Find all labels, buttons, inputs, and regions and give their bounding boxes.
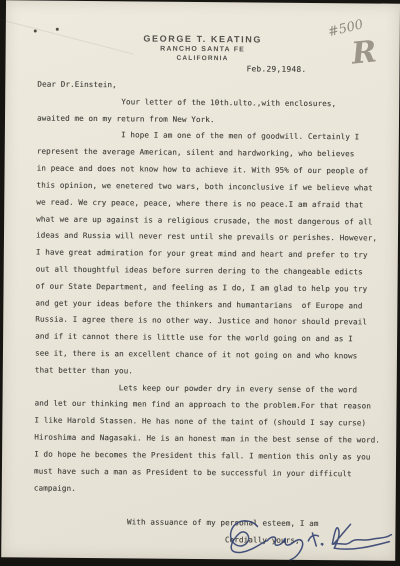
letter-line: must have such a man as President to be … — [34, 463, 394, 483]
date-line: Feb.29,1948. — [246, 64, 306, 74]
letterhead-state: CALIFORNIA — [6, 53, 400, 63]
pencil-letter-annotation: R — [350, 34, 378, 71]
ink-dot — [56, 28, 59, 31]
scanned-letter: GEORGE T. KEATING RANCHO SANTA FE CALIFO… — [0, 0, 400, 566]
letter-body: Dear Dr.Einstein, Your letter of the 10t… — [33, 77, 397, 551]
george-t-keating-signature — [213, 510, 397, 566]
letter-paper: GEORGE T. KEATING RANCHO SANTA FE CALIFO… — [1, 0, 400, 560]
